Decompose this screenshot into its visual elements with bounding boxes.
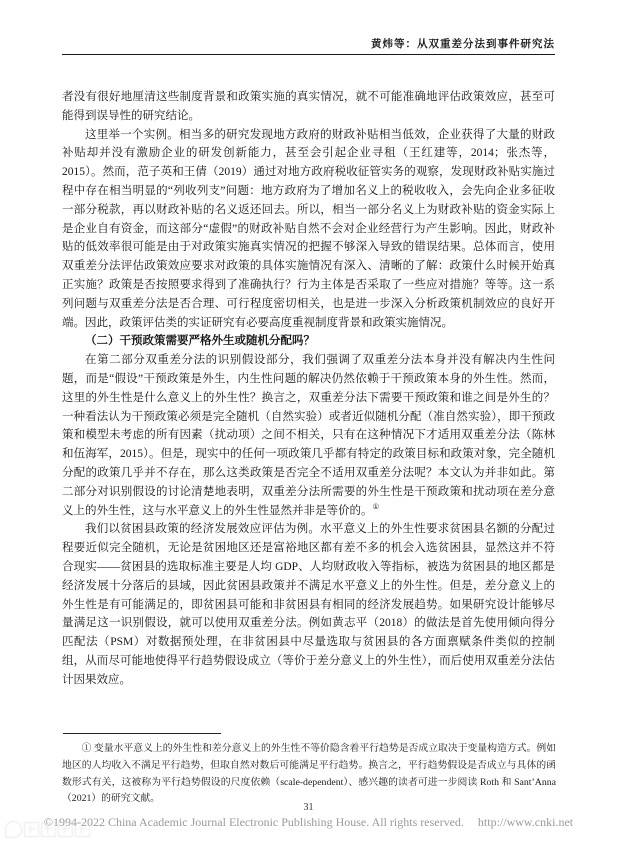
cnki-url: http://www.cnki.net xyxy=(478,815,573,829)
paragraph-continuation: 者没有很好地厘清这些制度背景和政策实施的真实情况，就不可能准确地评估政策效应，甚… xyxy=(62,88,555,126)
running-header-title: 黄炜等：从双重差分法到事件研究法 xyxy=(371,39,555,50)
footnote-text: ① 变量水平意义上的外生性和差分意义上的外生性不等价隐含着平行趋势是否成立取决于… xyxy=(62,741,556,808)
running-header: 黄炜等：从双重差分法到事件研究法 xyxy=(62,36,555,51)
paragraph-exogeneity: 在第二部分双重差分法的识别假设部分，我们强调了双重差分法本身并没有解决内生性问题… xyxy=(62,351,555,520)
copyright-text: ©1994-2022 China Academic Journal Electr… xyxy=(44,815,464,829)
paragraph-poverty-county: 我们以贫困县政策的经济发展效应评估为例。水平意义上的外生性要求贫困县名额的分配过… xyxy=(62,520,555,689)
header-rule xyxy=(62,54,555,55)
footnote-marker: ① xyxy=(373,502,380,511)
section-heading: （二）干预政策需要严格外生或随机分配吗？ xyxy=(62,332,555,351)
paragraph-example: 这里举一个实例。相当多的研究发现地方政府的财政补贴相当低效，企业获得了大量的财政… xyxy=(62,126,555,333)
article-body: 者没有很好地厘清这些制度背景和政策实施的真实情况，就不可能准确地评估政策效应，甚… xyxy=(62,88,555,690)
paragraph-exogeneity-text: 在第二部分双重差分法的识别假设部分，我们强调了双重差分法本身并没有解决内生性问题… xyxy=(62,354,555,516)
footnote-rule xyxy=(63,733,221,734)
page-number: 31 xyxy=(0,802,617,813)
copyright-line: ©1994-2022 China Academic Journal Electr… xyxy=(0,815,617,830)
journal-page: 黄炜等：从双重差分法到事件研究法 者没有很好地厘清这些制度背景和政策实施的真实情… xyxy=(0,0,617,845)
